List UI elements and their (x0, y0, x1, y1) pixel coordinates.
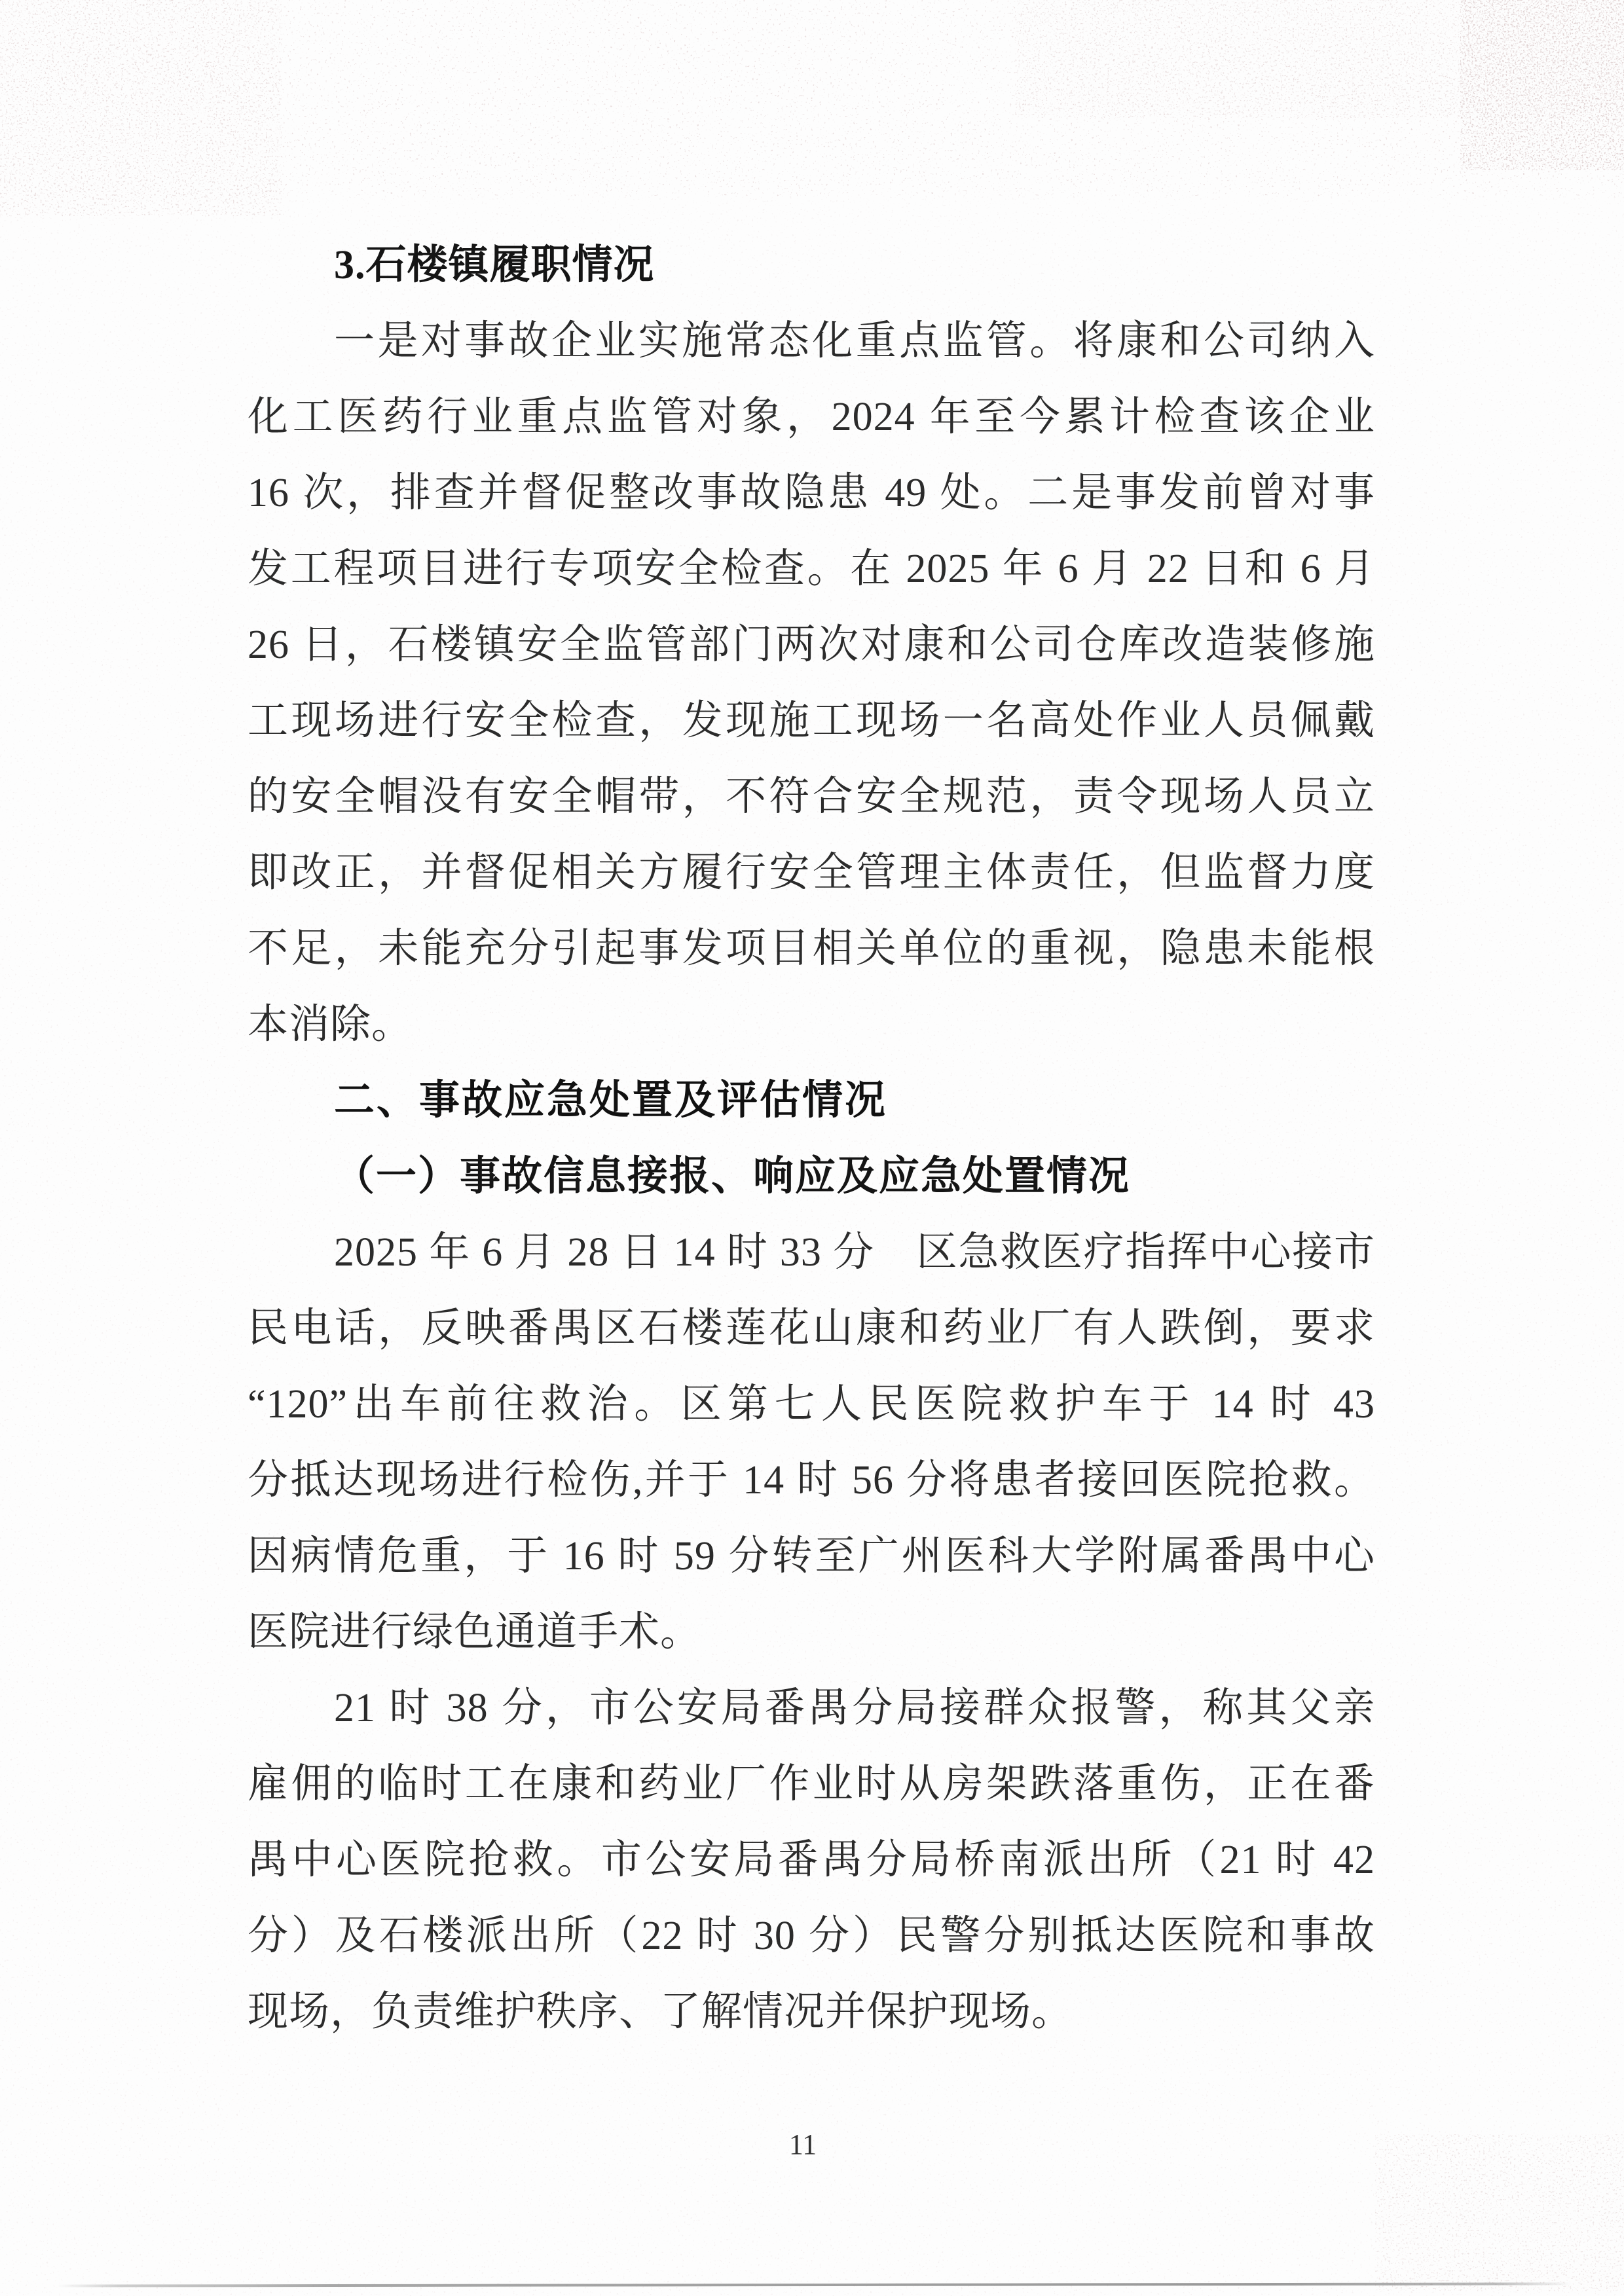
body-line: 本消除。 (248, 987, 1375, 1063)
scanned-document-page: 3.石楼镇履职情况 一是对事故企业实施常态化重点监管。将康和公司纳入 化工医药行… (0, 0, 1624, 2296)
body-line: 工现场进行安全检查，发现施工现场一名高处作业人员佩戴 (248, 683, 1375, 759)
body-line: 化工医药行业重点监管对象，2024 年至今累计检查该企业 (248, 379, 1375, 455)
heading-incident-reporting: （一）事故信息接报、响应及应急处置情况 (248, 1139, 1375, 1214)
body-line: 因病情危重，于 16 时 59 分转至广州医科大学附属番禺中心 (248, 1518, 1375, 1594)
body-line: 一是对事故企业实施常态化重点监管。将康和公司纳入 (248, 303, 1375, 379)
body-line: 2025 年 6 月 28 日 14 时 33 分 区急救医疗指挥中心接市 (248, 1214, 1375, 1290)
heading-shilou-town-duty: 3.石楼镇履职情况 (248, 227, 1375, 303)
body-line: 分抵达现场进行检伤,并于 14 时 56 分将患者接回医院抢救。 (248, 1442, 1375, 1518)
body-line: 医院进行绿色通道手术。 (248, 1594, 1375, 1670)
body-line: 16 次，排查并督促整改事故隐患 49 处。二是事发前曾对事 (248, 455, 1375, 531)
body-line: 21 时 38 分，市公安局番禺分局接群众报警，称其父亲 (248, 1670, 1375, 1746)
body-line: 的安全帽没有安全帽带，不符合安全规范，责令现场人员立 (248, 759, 1375, 835)
body-line: 26 日，石楼镇安全监管部门两次对康和公司仓库改造装修施 (248, 607, 1375, 683)
page-number: 11 (0, 2128, 1606, 2161)
body-line: “120”出车前往救治。区第七人民医院救护车于 14 时 43 (248, 1366, 1375, 1442)
body-line: 分）及石楼派出所（22 时 30 分）民警分别抵达医院和事故 (248, 1898, 1375, 1974)
document-text-block: 3.石楼镇履职情况 一是对事故企业实施常态化重点监管。将康和公司纳入 化工医药行… (248, 227, 1375, 2050)
body-line: 禺中心医院抢救。市公安局番禺分局桥南派出所（21 时 42 (248, 1822, 1375, 1898)
body-line: 即改正，并督促相关方履行安全管理主体责任，但监督力度 (248, 835, 1375, 911)
body-line: 现场，负责维护秩序、了解情况并保护现场。 (248, 1974, 1375, 2050)
body-line: 发工程项目进行专项安全检查。在 2025 年 6 月 22 日和 6 月 (248, 531, 1375, 607)
body-line: 雇佣的临时工在康和药业厂作业时从房架跌落重伤，正在番 (248, 1746, 1375, 1822)
heading-emergency-response: 二、事故应急处置及评估情况 (248, 1063, 1375, 1139)
scan-artifact-line (58, 2282, 1572, 2287)
body-line: 民电话，反映番禺区石楼莲花山康和药业厂有人跌倒，要求 (248, 1290, 1375, 1366)
body-line: 不足，未能充分引起事发项目相关单位的重视，隐患未能根 (248, 911, 1375, 987)
